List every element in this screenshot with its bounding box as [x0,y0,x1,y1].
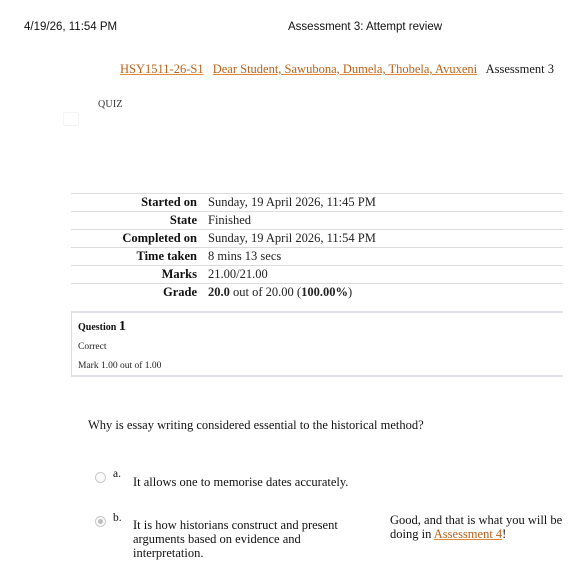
quiz-icon [63,112,79,126]
answer-letter: a. [113,468,121,480]
radio-button[interactable] [95,472,106,483]
answer-text: It is how historians construct and prese… [133,518,353,560]
answer-text: It allows one to memorise dates accurate… [133,475,393,489]
summary-label: Completed on [71,230,204,248]
summary-row-marks: Marks 21.00/21.00 [71,266,563,284]
summary-value: 20.0 out of 20.00 (100.00%) [204,284,563,302]
question-number: Question 1 [78,319,126,335]
question-label: Question [78,322,116,333]
grade-percent: 100.00% [301,285,348,299]
print-header: 4/19/26, 11:54 PM Assessment 3: Attempt … [0,21,580,37]
print-page-title: Assessment 3: Attempt review [288,21,442,33]
summary-label: Grade [71,284,204,302]
summary-value: Sunday, 19 April 2026, 11:45 PM [204,194,563,212]
summary-value: Finished [204,212,563,230]
summary-value: 21.00/21.00 [204,266,563,284]
question-info-box: Question 1 Correct Mark 1.00 out of 1.00 [71,311,563,377]
breadcrumb-section-link[interactable]: Dear Student, Sawubona, Dumela, Thobela,… [213,62,477,76]
summary-row-started: Started on Sunday, 19 April 2026, 11:45 … [71,194,563,212]
breadcrumb-current: Assessment 3 [486,62,554,76]
answer-letter: b. [113,512,122,524]
grade-score: 20.0 [208,285,230,299]
activity-type-label: QUIZ [98,99,123,110]
print-datetime: 4/19/26, 11:54 PM [24,21,117,33]
summary-value: Sunday, 19 April 2026, 11:54 PM [204,230,563,248]
question-text: Why is essay writing considered essentia… [88,418,424,433]
grade-middle: out of 20.00 ( [230,285,301,299]
summary-label: State [71,212,204,230]
radio-button-selected[interactable] [95,516,106,527]
summary-value: 8 mins 13 secs [204,248,563,266]
summary-row-completed: Completed on Sunday, 19 April 2026, 11:5… [71,230,563,248]
assessment-4-link[interactable]: Assessment 4 [434,527,502,541]
breadcrumb: HSY1511-26-S1 Dear Student, Sawubona, Du… [120,62,554,77]
question-number-value: 1 [119,319,126,334]
summary-row-time-taken: Time taken 8 mins 13 secs [71,248,563,266]
attempt-summary-table: Started on Sunday, 19 April 2026, 11:45 … [71,193,563,301]
feedback-suffix: ! [502,527,506,541]
summary-label: Marks [71,266,204,284]
answer-feedback: Good, and that is what you will be doing… [390,513,570,541]
question-state: Correct [78,342,107,352]
grade-end: ) [348,285,352,299]
summary-label: Time taken [71,248,204,266]
summary-row-grade: Grade 20.0 out of 20.00 (100.00%) [71,284,563,302]
summary-row-state: State Finished [71,212,563,230]
summary-label: Started on [71,194,204,212]
question-mark: Mark 1.00 out of 1.00 [78,361,161,371]
breadcrumb-course-link[interactable]: HSY1511-26-S1 [120,62,204,76]
